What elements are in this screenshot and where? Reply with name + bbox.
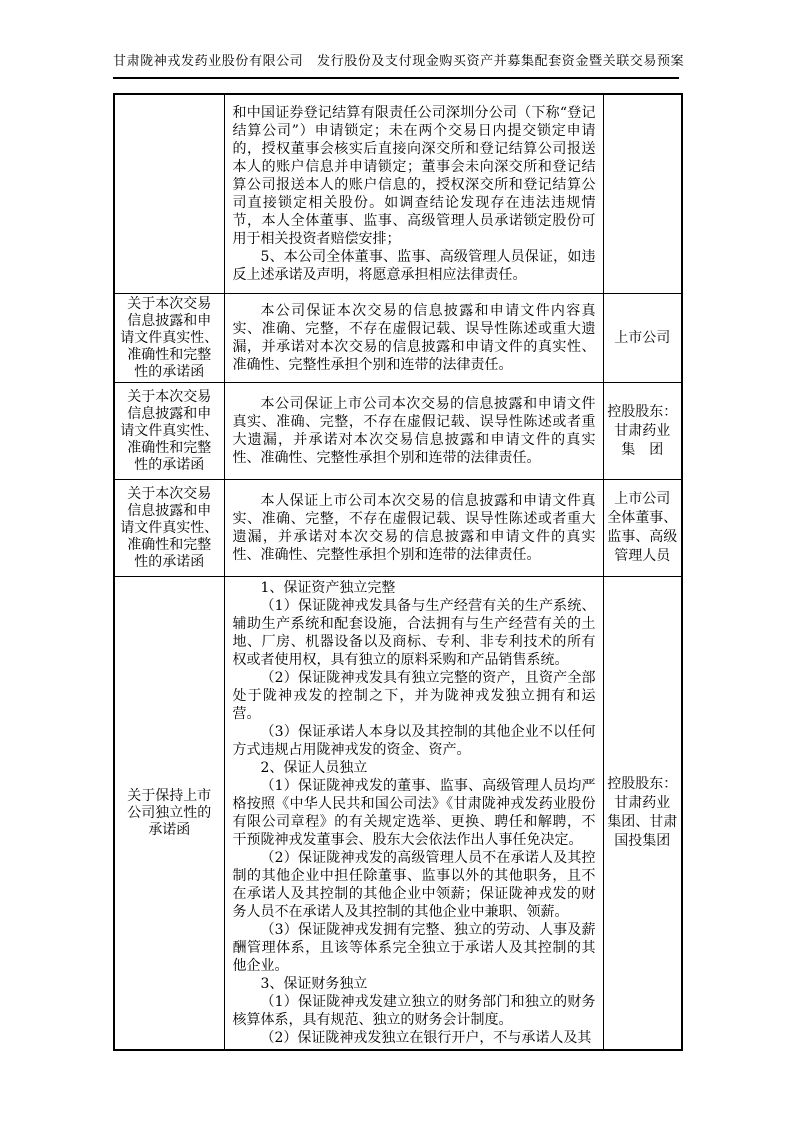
table-row: 和中国证券登记结算有限责任公司深圳分公司（下称“登记结算公司”）申请锁定；未在两… (114, 94, 682, 294)
commitment-name-cell (114, 94, 224, 294)
commitments-table: 和中国证券登记结算有限责任公司深圳分公司（下称“登记结算公司”）申请锁定；未在两… (113, 93, 683, 1051)
commitment-content-cell: 本人保证上市公司本次交易的信息披露和申请文件真实、准确、完整，不存在虚假记载、误… (224, 480, 603, 577)
commitments-table-body: 和中国证券登记结算有限责任公司深圳分公司（下称“登记结算公司”）申请锁定；未在两… (114, 94, 682, 1050)
commitment-paragraph: （1）保证陇神戎发具备与生产经营有关的生产系统、辅助生产系统和配套设施，合法拥有… (233, 597, 596, 669)
commitment-paragraph: 5、本公司全体董事、监事、高级管理人员保证，如违反上述承诺及声明，将愿意承担相应… (233, 248, 596, 284)
commitment-name-cell: 关于本次交易 信息披露和申 请文件真实性、 准确性和完整 性的承诺函 (114, 480, 224, 577)
page-header: 甘肃陇神戎发药业股份有限公司 发行股份及支付现金购买资产并募集配套资金暨关联交易… (113, 50, 679, 79)
commitment-party-cell: 控股股东： 甘肃药业 集团、甘肃 国投集团 (603, 577, 682, 1051)
commitment-party-cell: 上市公司 全体董事、 监事、高级 管理人员 (603, 480, 682, 577)
document-page: 甘肃陇神戎发药业股份有限公司 发行股份及支付现金购买资产并募集配套资金暨关联交易… (0, 0, 793, 1122)
commitment-paragraph: （1）保证陇神戎发建立独立的财务部门和独立的财务核算体系，具有规范、独立的财务会… (233, 993, 596, 1029)
commitment-paragraph: （1）保证陇神戎发的董事、监事、高级管理人员均严格按照《中华人民共和国公司法》《… (233, 777, 596, 849)
commitment-content-cell: 本公司保证上市公司本次交易的信息披露和申请文件真实、准确、完整，不存在虚假记载、… (224, 383, 603, 480)
commitment-paragraph: 本人保证上市公司本次交易的信息披露和申请文件真实、准确、完整，不存在虚假记载、误… (233, 492, 596, 564)
commitment-paragraph: 本公司保证上市公司本次交易的信息披露和申请文件真实、准确、完整，不存在虚假记载、… (233, 395, 596, 467)
commitment-paragraph: （2）保证陇神戎发的高级管理人员不在承诺人及其控制的其他企业中担任除董事、监事以… (233, 849, 596, 921)
table-row: 关于本次交易 信息披露和申 请文件真实性、 准确性和完整 性的承诺函本人保证上市… (114, 480, 682, 577)
commitment-paragraph: （2）保证陇神戎发具有独立完整的资产，且资产全部处于陇神戎发的控制之下，并为陇神… (233, 669, 596, 723)
commitment-paragraph: 本公司保证本次交易的信息披露和申请文件内容真实、准确、完整，不存在虚假记载、误导… (233, 302, 596, 374)
commitment-paragraph: （2）保证陇神戎发独立在银行开户，不与承诺人及其 (233, 1029, 596, 1047)
commitment-party-cell: 控股股东： 甘肃药业 集 团 (603, 383, 682, 480)
table-row: 关于保持上市 公司独立性的 承诺函1、保证资产独立完整（1）保证陇神戎发具备与生… (114, 577, 682, 1051)
page-header-title: 甘肃陇神戎发药业股份有限公司 发行股份及支付现金购买资产并募集配套资金暨关联交易… (113, 54, 684, 69)
commitment-paragraph: 和中国证券登记结算有限责任公司深圳分公司（下称“登记结算公司”）申请锁定；未在两… (233, 104, 596, 248)
commitment-content-cell: 1、保证资产独立完整（1）保证陇神戎发具备与生产经营有关的生产系统、辅助生产系统… (224, 577, 603, 1051)
commitment-name-cell: 关于本次交易 信息披露和申 请文件真实性、 准确性和完整 性的承诺函 (114, 294, 224, 383)
commitment-content-cell: 和中国证券登记结算有限责任公司深圳分公司（下称“登记结算公司”）申请锁定；未在两… (224, 94, 603, 294)
commitment-content-cell: 本公司保证本次交易的信息披露和申请文件内容真实、准确、完整，不存在虚假记载、误导… (224, 294, 603, 383)
commitment-paragraph: 1、保证资产独立完整 (233, 579, 596, 597)
commitment-name-cell: 关于本次交易 信息披露和申 请文件真实性、 准确性和完整 性的承诺函 (114, 383, 224, 480)
table-row: 关于本次交易 信息披露和申 请文件真实性、 准确性和完整 性的承诺函本公司保证本… (114, 294, 682, 383)
commitment-party-cell (603, 94, 682, 294)
commitment-paragraph: 2、保证人员独立 (233, 759, 596, 777)
commitment-paragraph: 3、保证财务独立 (233, 975, 596, 993)
commitment-party-cell: 上市公司 (603, 294, 682, 383)
commitment-paragraph: （3）保证陇神戎发拥有完整、独立的劳动、人事及薪酬管理体系，且该等体系完全独立于… (233, 921, 596, 975)
table-row: 关于本次交易 信息披露和申 请文件真实性、 准确性和完整 性的承诺函本公司保证上… (114, 383, 682, 480)
commitment-name-cell: 关于保持上市 公司独立性的 承诺函 (114, 577, 224, 1051)
commitment-paragraph: （3）保证承诺人本身以及其控制的其他企业不以任何方式违规占用陇神戎发的资金、资产… (233, 723, 596, 759)
